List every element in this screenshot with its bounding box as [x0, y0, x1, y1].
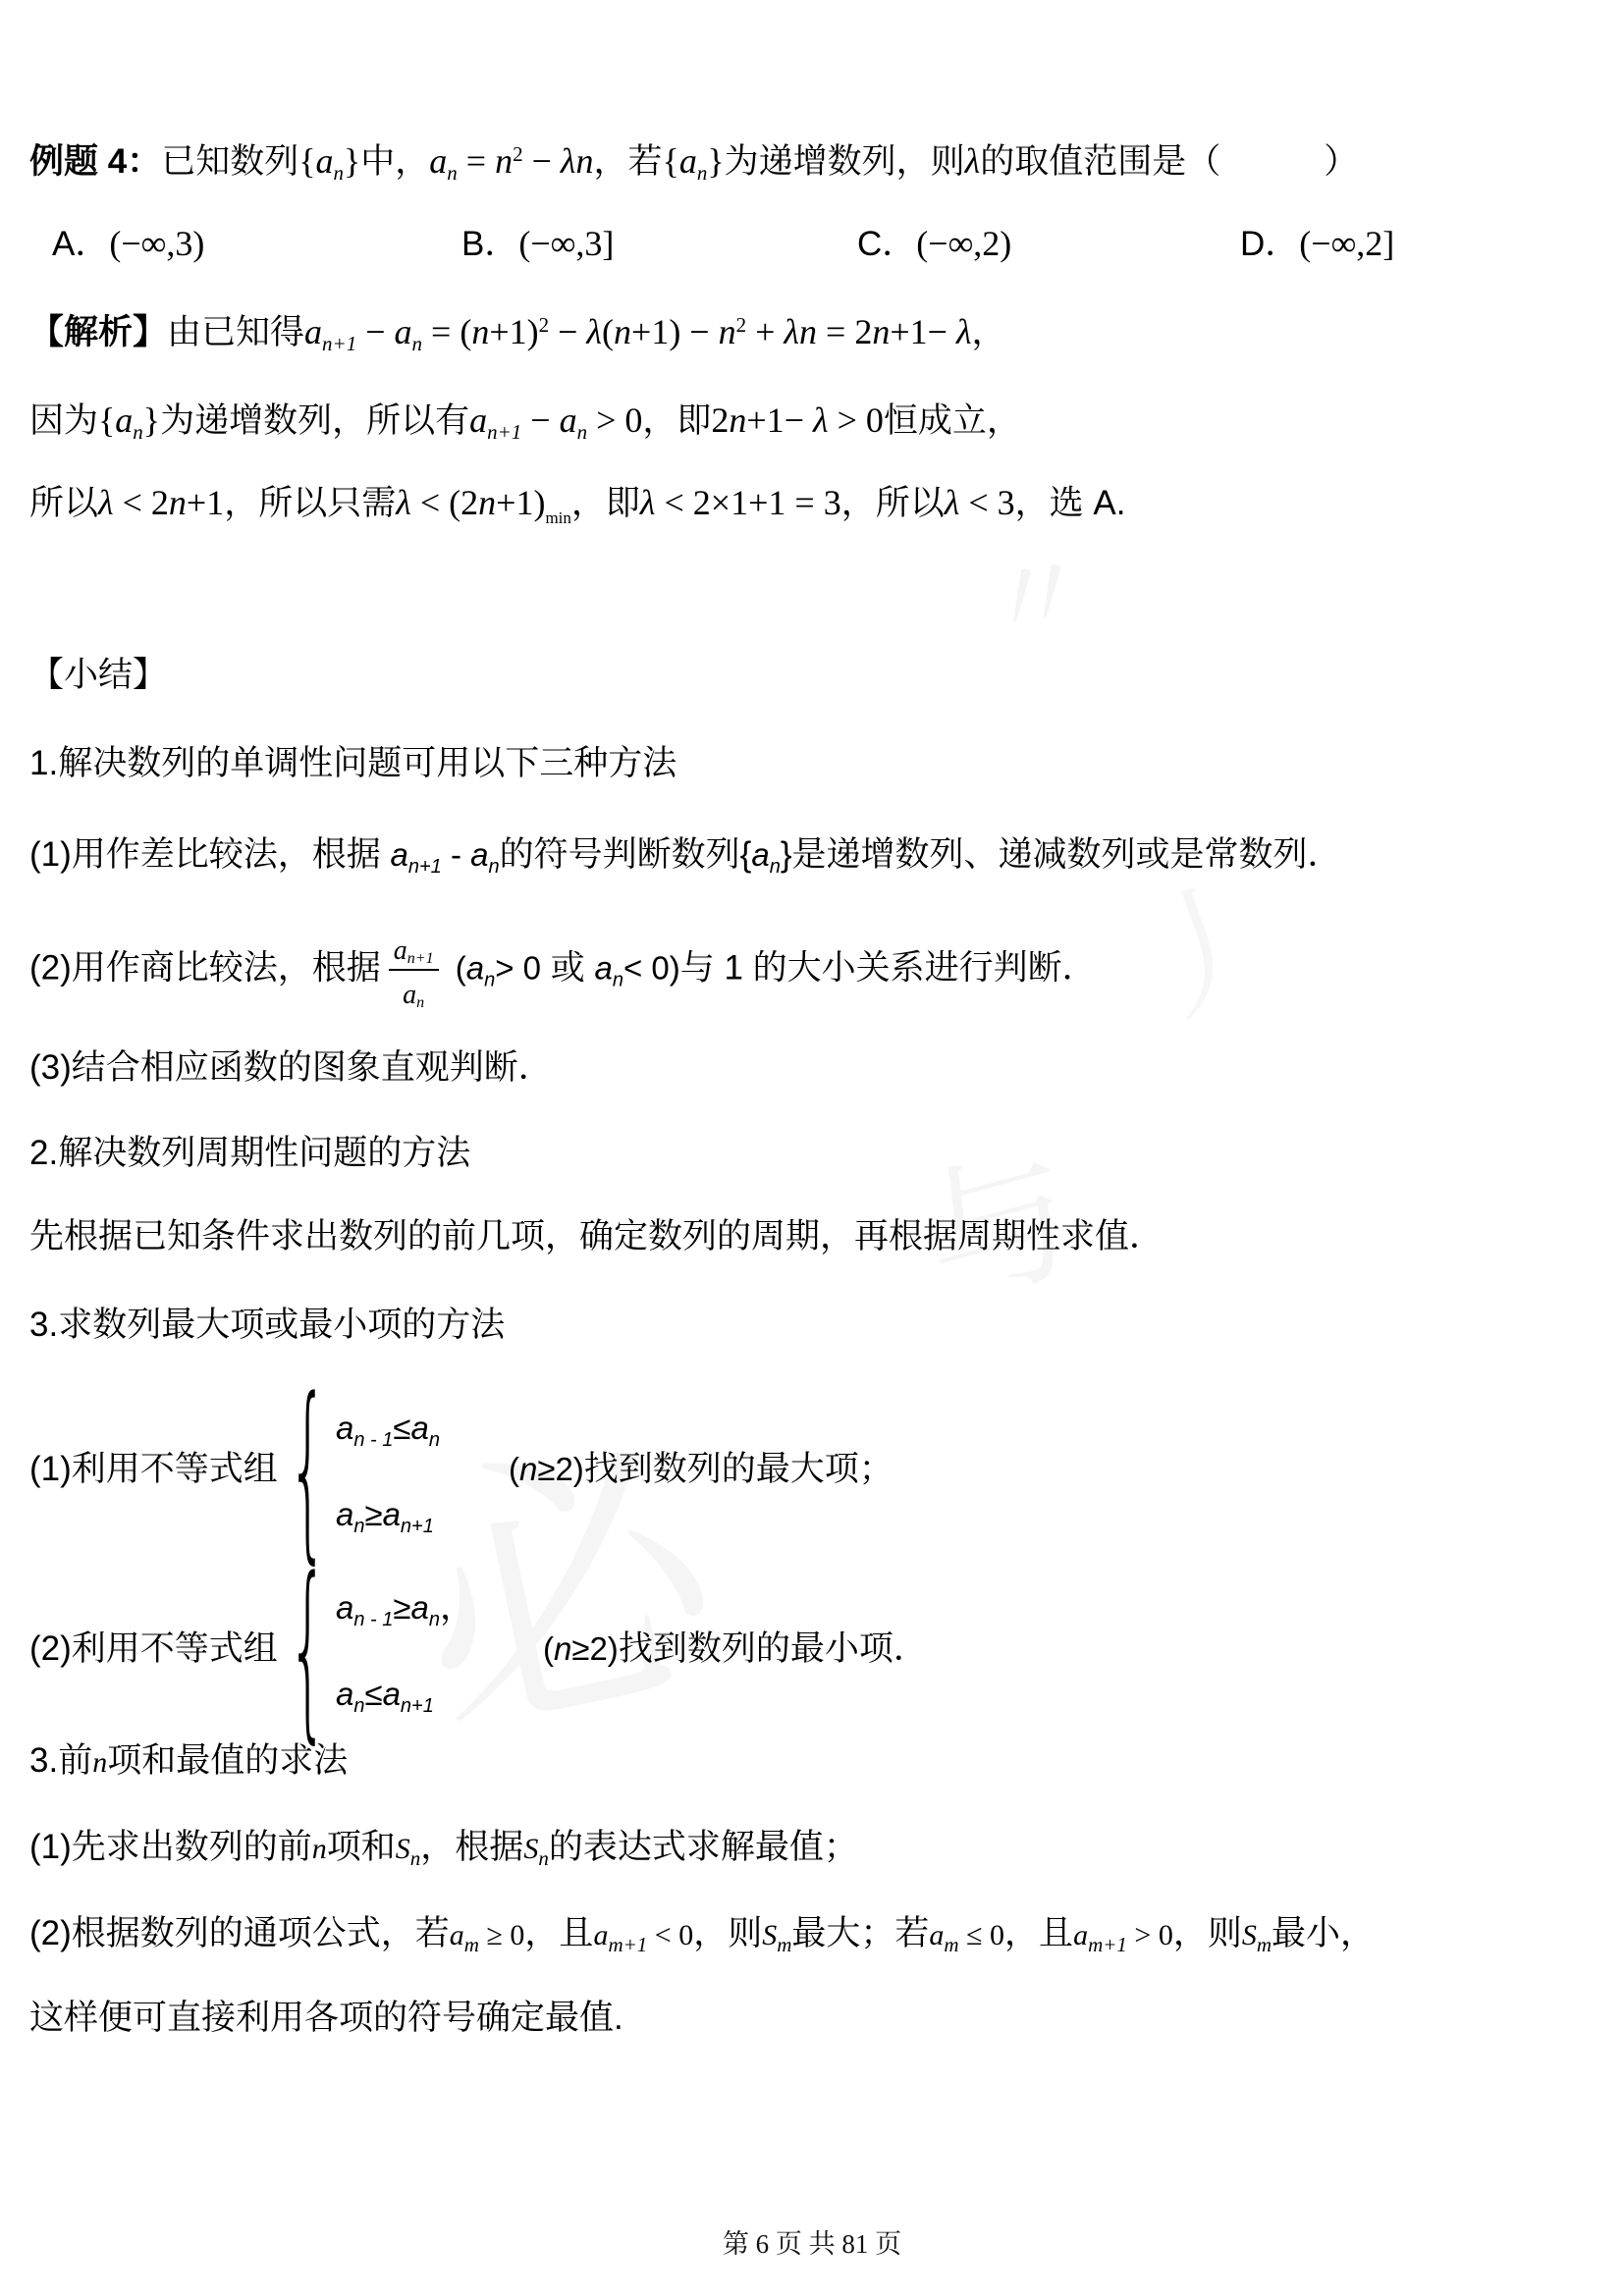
- text-run: 已知数列: [161, 142, 298, 181]
- analysis-line-1: 【解析】由已知得an+1 − an = (n+1)2 − λ(n+1) − n2…: [29, 310, 1006, 354]
- text-run: D．: [1240, 225, 1299, 263]
- text-run: 由已知得: [167, 313, 304, 351]
- text-run: 找到数列的最小项．: [619, 1629, 928, 1668]
- math-run: +1) −: [631, 312, 719, 351]
- text-run: ，根据: [420, 1828, 523, 1866]
- text-run: 3.前: [29, 1741, 92, 1780]
- math-run: n: [169, 483, 187, 522]
- math-run: λ: [945, 483, 960, 522]
- math-run: m: [464, 1933, 479, 1956]
- math-run: > 0: [587, 400, 642, 440]
- inequality-system: {an - 1≤anan≥an+1: [284, 1407, 440, 1536]
- text-run: 1.解决数列的单调性问题可用以下三种方法: [29, 744, 677, 782]
- summary-point-3b-2: (2)根据数列的通项公式，若am ≥ 0，且am+1 < 0，则Sm最大；若am…: [29, 1912, 1375, 1955]
- math-run: +1): [489, 312, 538, 351]
- math-run: −: [356, 312, 394, 351]
- math-run: {: [663, 141, 679, 181]
- math-run: }: [143, 400, 160, 440]
- math-run: (: [447, 949, 466, 986]
- math-run: n - 1: [353, 1429, 393, 1451]
- math-run: +: [746, 312, 784, 351]
- math-run: λ: [965, 141, 981, 181]
- math-run: a: [429, 141, 447, 181]
- text-run: 最大；若: [791, 1914, 929, 1952]
- math-run: {: [98, 400, 115, 440]
- text-run: 中，: [360, 142, 429, 181]
- math-run: a: [304, 312, 322, 351]
- math-run: = 2: [817, 312, 872, 351]
- math-run: n: [447, 161, 458, 185]
- text-run: ，则: [1173, 1914, 1242, 1952]
- math-run: ≥2): [537, 1451, 583, 1487]
- math-run: m+1: [1088, 1933, 1127, 1956]
- text-run: 为递增数列，则: [725, 142, 965, 181]
- math-run: n - 1: [353, 1609, 393, 1630]
- math-run: a: [929, 1919, 944, 1951]
- summary-point-2-text: 先根据已知条件求出数列的前几项，确定数列的周期，再根据周期性求值．: [29, 1215, 1164, 1258]
- watermark-icon: 必: [371, 1329, 747, 1804]
- math-run: < 0): [623, 949, 680, 986]
- text-run: (1)利用不等式组: [29, 1450, 278, 1488]
- text-run: [440, 1450, 509, 1488]
- text-run: ，: [972, 313, 1006, 351]
- math-run: < 2: [114, 483, 169, 522]
- math-run: (: [602, 312, 614, 351]
- math-run: > 0: [829, 400, 884, 440]
- option-b: B．(−∞,3]: [461, 222, 857, 266]
- text-run: 3.求数列最大项或最小项的方法: [29, 1306, 505, 1344]
- math-run: a: [336, 1496, 353, 1532]
- page-footer: 第 6 页 共 81 页: [0, 2222, 1624, 2261]
- math-run: < 2×1+1 = 3: [656, 483, 841, 522]
- inequality-row: an≥an+1: [336, 1493, 434, 1536]
- option-d: D．(−∞,2]: [1240, 222, 1394, 266]
- summary-point-2: 2.解决数列周期性问题的方法: [29, 1132, 470, 1175]
- math-run: n: [478, 483, 496, 522]
- math-run: (−∞,2): [916, 224, 1011, 263]
- summary-point-3-1: (1)利用不等式组{an - 1≤anan≥an+1 (n≥2)找到数列的最大项…: [29, 1407, 893, 1536]
- math-run: n: [577, 420, 588, 444]
- math-run: n: [92, 1746, 107, 1779]
- math-run: S: [523, 1833, 538, 1865]
- math-run: n: [429, 1609, 440, 1630]
- math-run: 2: [736, 313, 747, 337]
- math-run: a: [383, 1676, 401, 1712]
- text-run: 为递增数列，所以有: [160, 401, 469, 440]
- math-run: a: [336, 1589, 353, 1626]
- math-run: λ: [396, 483, 411, 522]
- math-run: }: [344, 141, 360, 181]
- text-run: 恒成立，: [884, 401, 1021, 440]
- math-run: λ: [813, 400, 829, 440]
- example4-question: 例题 4：已知数列{an}中，an = n2 − λn，若{an}为递增数列，则…: [29, 139, 1358, 184]
- math-run: a: [1073, 1919, 1088, 1951]
- math-run: +1): [496, 483, 545, 522]
- math-run: n: [410, 1846, 421, 1870]
- text-run: 或: [541, 948, 594, 987]
- text-run: ，若: [594, 142, 663, 181]
- math-run: m: [777, 1933, 791, 1956]
- math-run: =: [458, 141, 495, 181]
- math-run: ≥2): [571, 1630, 618, 1667]
- inequality-row: an - 1≤an: [336, 1407, 440, 1450]
- analysis-line-2: 因为{an}为递增数列，所以有an+1 − an > 0，即2n+1− λ > …: [29, 399, 1021, 443]
- math-run: λ: [586, 312, 602, 351]
- math-run: n: [770, 856, 781, 878]
- option-a: A．(−∞,3): [52, 222, 461, 266]
- math-run: λn: [561, 141, 594, 181]
- text-run: 项和最值的求法: [107, 1741, 348, 1780]
- math-run: n: [495, 141, 513, 181]
- math-run: a: [469, 400, 487, 440]
- math-run: S: [396, 1833, 410, 1865]
- analysis-line-3: 所以λ < 2n+1，所以只需λ < (2n+1)min，即λ < 2×1+1 …: [29, 481, 1125, 525]
- math-run: +1−: [746, 400, 813, 440]
- math-run: a: [679, 141, 697, 181]
- math-run: ≥: [393, 1589, 410, 1626]
- math-run: n+1: [407, 950, 434, 967]
- fraction: an+1an: [389, 931, 439, 1009]
- math-run: n: [613, 969, 623, 990]
- math-run: n: [412, 332, 423, 355]
- text-run: (2)利用不等式组: [29, 1629, 278, 1668]
- options-row: A．(−∞,3)B．(−∞,3]C．(−∞,2)D．(−∞,2]: [52, 222, 1394, 266]
- math-run: a: [336, 1676, 353, 1712]
- math-run: S: [762, 1919, 777, 1951]
- text-run: ，则: [693, 1914, 762, 1952]
- math-run: a: [115, 400, 133, 440]
- math-run: < (2: [411, 483, 478, 522]
- math-run: ≤: [364, 1676, 382, 1712]
- text-run: [474, 1629, 543, 1668]
- math-run: < 3: [959, 483, 1014, 522]
- math-run: a: [383, 1496, 401, 1532]
- watermark-icon: 〃: [972, 504, 1101, 672]
- inequality-row: an≤an+1: [336, 1673, 434, 1716]
- math-run: +1−: [890, 312, 956, 351]
- text-run: 【解析】: [29, 313, 167, 351]
- text-run: A．: [52, 225, 109, 263]
- math-run: n: [729, 400, 746, 440]
- text-run: 与 1 的大小关系进行判断．: [680, 948, 1097, 987]
- summary-point-3b-3: 这样便可直接利用各项的符号确定最值.: [29, 1997, 623, 2040]
- math-run: ≥: [364, 1496, 382, 1532]
- text-run: ，选 A.: [1015, 484, 1126, 522]
- math-run: a: [560, 400, 577, 440]
- math-run: (: [509, 1451, 519, 1487]
- math-run: λ: [640, 483, 656, 522]
- math-run: ≤: [393, 1410, 410, 1446]
- math-run: S: [1242, 1919, 1257, 1951]
- math-run: +1: [187, 483, 224, 522]
- math-run: m: [944, 1933, 958, 1956]
- math-run: }: [707, 141, 724, 181]
- math-run: −: [523, 141, 561, 181]
- text-run: 先根据已知条件求出数列的前几项，确定数列的周期，再根据周期性求值．: [29, 1217, 1164, 1255]
- inequality-row: an - 1≥an，: [336, 1586, 474, 1629]
- text-run: 的取值范围是（ ）: [980, 142, 1358, 181]
- math-run: λ: [956, 312, 972, 351]
- math-run: m: [1257, 1933, 1272, 1956]
- option-c: C．(−∞,2): [857, 222, 1240, 266]
- math-run: n: [353, 1516, 364, 1537]
- math-run: n+1: [401, 1695, 434, 1717]
- text-run: ，且: [1004, 1914, 1073, 1952]
- math-run: n: [554, 1630, 571, 1667]
- summary-point-3b: 3.前n项和最值的求法: [29, 1739, 348, 1783]
- math-run: (−∞,3): [109, 224, 204, 263]
- text-run: (1)用作差比较法，根据: [29, 835, 391, 874]
- text-run: 所以: [29, 484, 98, 522]
- math-run: n+1: [408, 856, 442, 878]
- summary-point-1-2: (2)用作商比较法，根据an+1an (an> 0 或 an< 0)与 1 的大…: [29, 931, 1097, 1009]
- math-run: a: [316, 141, 334, 181]
- summary-point-3-2: (2)利用不等式组{an - 1≥an，an≤an+1 (n≥2)找到数列的最小…: [29, 1586, 928, 1716]
- text-run: ，即: [642, 401, 711, 440]
- math-run: 2: [539, 313, 550, 337]
- text-run: 项和: [327, 1828, 396, 1866]
- text-run: (3)结合相应函数的图象直观判断．: [29, 1048, 553, 1087]
- math-run: n+1: [401, 1516, 434, 1537]
- math-run: n+1: [487, 420, 521, 444]
- math-run: λ: [98, 483, 114, 522]
- text-run: C．: [857, 225, 916, 263]
- math-run: a: [391, 836, 408, 873]
- math-run: a: [594, 949, 612, 986]
- math-run: ≥ 0: [479, 1919, 524, 1951]
- math-run: m+1: [608, 1933, 647, 1956]
- math-run: > 0: [1127, 1919, 1173, 1951]
- math-run: a: [336, 1410, 353, 1446]
- summary-point-1-3: (3)结合相应函数的图象直观判断．: [29, 1046, 553, 1090]
- text-run: 因为: [29, 401, 98, 440]
- math-run: (: [543, 1630, 554, 1667]
- text-run: ，所以只需: [224, 484, 396, 522]
- summary-heading: 【小结】: [29, 654, 167, 697]
- math-run: a: [410, 1410, 428, 1446]
- math-run: -: [442, 836, 470, 873]
- text-run: 例题 4：: [29, 142, 161, 181]
- text-run: ，所以: [841, 484, 945, 522]
- text-run: (2)用作商比较法，根据: [29, 948, 381, 987]
- math-run: n: [614, 312, 631, 351]
- text-run: 这样便可直接利用各项的符号确定最值.: [29, 1999, 623, 2037]
- math-run: n+1: [322, 332, 356, 355]
- math-run: a: [593, 1919, 608, 1951]
- math-run: n: [133, 420, 143, 444]
- text-run: (2)根据数列的通项公式，若: [29, 1914, 450, 1952]
- math-run: n: [429, 1429, 440, 1451]
- math-run: λn: [784, 312, 817, 351]
- left-brace-glyph: {: [288, 1555, 327, 1747]
- math-run: n: [872, 312, 890, 351]
- math-run: n: [312, 1833, 327, 1865]
- math-run: 2: [711, 400, 729, 440]
- math-run: n: [353, 1695, 364, 1717]
- inequality-rows: an - 1≥an，an≤an+1: [336, 1586, 474, 1716]
- math-run: < 0: [647, 1919, 693, 1951]
- document-page: 必 与 〃 丿 例题 4：已知数列{an}中，an = n2 − λn，若{an…: [0, 0, 1624, 2296]
- summary-point-1: 1.解决数列的单调性问题可用以下三种方法: [29, 742, 677, 785]
- fraction-numerator: an+1: [389, 931, 439, 971]
- math-run: n: [719, 312, 736, 351]
- text-run: ，: [440, 1588, 474, 1627]
- math-run: n: [416, 994, 424, 1011]
- math-run: n: [538, 1846, 549, 1870]
- inequality-rows: an - 1≤anan≥an+1: [336, 1407, 440, 1536]
- math-run: n: [519, 1451, 537, 1487]
- math-run: a: [751, 836, 769, 873]
- math-run: {: [298, 141, 315, 181]
- math-run: = (: [422, 312, 471, 351]
- text-run: 的符号判断数列{: [500, 835, 752, 874]
- math-run: n: [334, 161, 345, 185]
- math-run: n: [484, 969, 495, 990]
- math-run: (−∞,2]: [1299, 224, 1394, 263]
- text-run: 找到数列的最大项；: [584, 1450, 893, 1488]
- text-run: ，且: [524, 1914, 593, 1952]
- math-run: (−∞,3]: [518, 224, 614, 263]
- math-run: a: [394, 935, 407, 966]
- text-run: B．: [461, 225, 518, 263]
- math-run: a: [466, 949, 484, 986]
- fraction-denominator: an: [403, 971, 424, 1009]
- inequality-system: {an - 1≥an，an≤an+1: [284, 1586, 474, 1716]
- math-run: −: [521, 400, 559, 440]
- text-run: (1)先求出数列的前: [29, 1828, 312, 1866]
- math-run: min: [545, 508, 570, 527]
- text-run: ，即: [571, 484, 640, 522]
- text-run: 【小结】: [29, 656, 167, 694]
- math-run: a: [470, 836, 488, 873]
- math-run: a: [403, 980, 416, 1010]
- math-run: a: [395, 312, 412, 351]
- summary-point-1-1: (1)用作差比较法，根据 an+1 - an的符号判断数列{an}是递增数列、递…: [29, 833, 1342, 877]
- summary-point-3: 3.求数列最大项或最小项的方法: [29, 1304, 505, 1347]
- summary-point-3b-1: (1)先求出数列的前n项和Sn，根据Sn的表达式求解最值；: [29, 1826, 858, 1869]
- math-run: ≤ 0: [959, 1919, 1004, 1951]
- math-run: a: [410, 1589, 428, 1626]
- math-run: n: [471, 312, 489, 351]
- text-run: 2.解决数列周期性问题的方法: [29, 1134, 470, 1172]
- math-run: 2: [513, 142, 523, 166]
- math-run: −: [549, 312, 586, 351]
- math-run: n: [697, 161, 708, 185]
- math-run: a: [450, 1919, 464, 1951]
- text-run: 的表达式求解最值；: [549, 1828, 858, 1866]
- text-run: }是递增数列、递减数列或是常数列．: [781, 835, 1342, 874]
- math-run: > 0: [495, 949, 541, 986]
- math-run: n: [489, 856, 500, 878]
- text-run: 最小，: [1272, 1914, 1375, 1952]
